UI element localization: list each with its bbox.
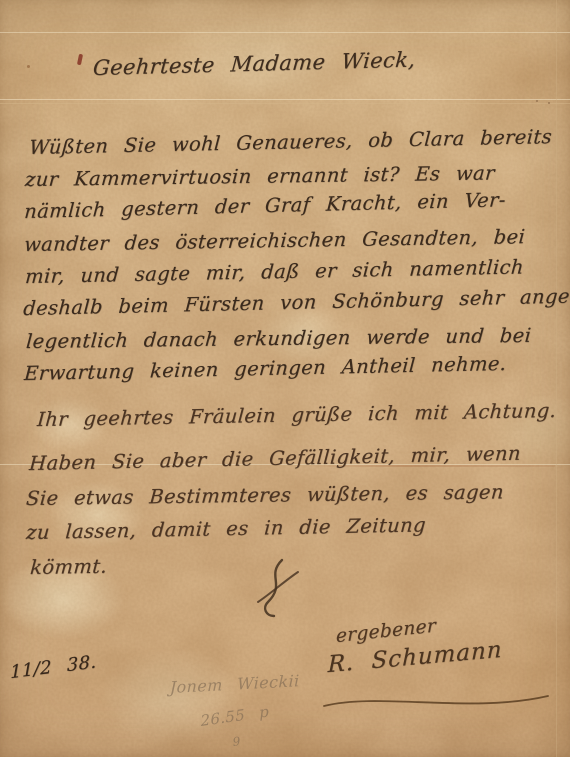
letter-line-7: legentlich danach erkundigen werde und b… <box>25 324 532 353</box>
letter-line-4: wandter des österreichischen Gesandten, … <box>23 225 526 256</box>
letter-line-1: Wüßten Sie wohl Genaueres, ob Clara bere… <box>28 125 552 159</box>
signature-flourish <box>320 688 555 712</box>
letter-line-6: deshalb beim Fürsten von Schönburg sehr … <box>23 284 570 320</box>
ink-dot <box>27 65 30 68</box>
pencil-annotation-line-1: Jonem Wieckii <box>170 671 300 697</box>
crease-line-top <box>0 32 570 33</box>
letter-line-5: mir, und sagte mir, daß er sich namentli… <box>24 255 524 288</box>
letter-line-12: zu lassen, damit es in die Zeitung <box>25 513 426 544</box>
ink-speck-red <box>77 54 83 66</box>
letter-line-8: Erwartung keinen geringen Antheil nehme. <box>23 352 507 385</box>
crease-line-upper <box>0 99 570 100</box>
letter-line-3: nämlich gestern der Graf Kracht, ein Ver… <box>24 188 507 223</box>
date-notation: 11/2 38. <box>10 651 97 683</box>
ink-dot-2 <box>536 100 538 102</box>
ink-dot-3 <box>548 102 550 104</box>
salutation-line: Geehrteste Madame Wieck, <box>92 48 416 81</box>
pen-flourish <box>252 558 304 620</box>
letter-line-13: kömmt. <box>29 555 108 579</box>
pencil-annotation-line-3: 9 <box>232 734 241 749</box>
crease-line-upper-shadow <box>0 103 570 104</box>
letter-line-2: zur Kammervirtuosin ernannt ist? Es war <box>24 161 495 191</box>
crease-line-vertical <box>556 0 557 757</box>
letter-line-9: Ihr geehrtes Fräulein grüße ich mit Acht… <box>36 399 557 431</box>
letter-line-11: Sie etwas Bestimmteres wüßten, es sagen <box>25 480 504 510</box>
paper-sheet: Geehrteste Madame Wieck, Wüßten Sie wohl… <box>0 0 570 757</box>
valediction: ergebener <box>336 615 436 647</box>
letter-line-10: Haben Sie aber die Gefälligkeit, mir, we… <box>28 442 521 475</box>
pencil-annotation-line-2: 26.55 p <box>200 702 270 730</box>
